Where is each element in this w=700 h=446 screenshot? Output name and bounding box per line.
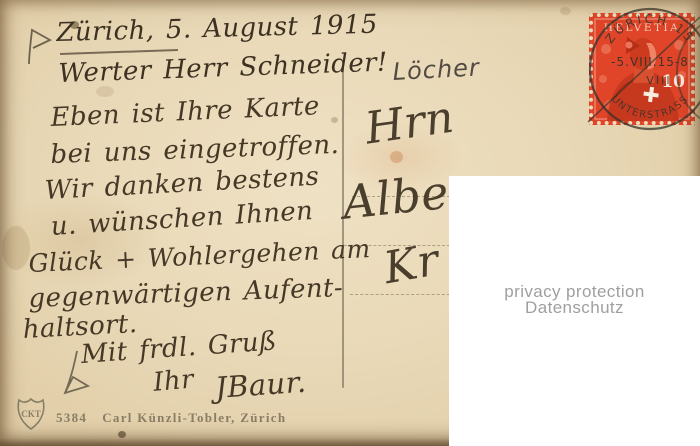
pencil-r-mark-top-icon xyxy=(24,27,54,65)
postcard-divider-line xyxy=(342,66,344,388)
dateline-underline xyxy=(60,49,178,55)
foxing-spot xyxy=(560,7,571,15)
signature-prefix: Ihr xyxy=(152,364,195,397)
foxing-spot xyxy=(118,431,126,438)
privacy-overlay-text-de: Datenschutz xyxy=(449,300,700,315)
publisher-monogram: CKT xyxy=(21,409,41,419)
salutation: Werter Herr Schneider! xyxy=(58,48,388,89)
address-guide-line xyxy=(350,294,450,295)
foxing-spot xyxy=(2,226,30,270)
privacy-overlay-text-en: privacy protection xyxy=(449,284,700,299)
address-fragment: Kr xyxy=(380,234,443,294)
dateline: Zürich, 5. August 1915 xyxy=(56,10,378,48)
publisher-number: 5384 xyxy=(56,410,87,426)
address-fragment: Hrn xyxy=(362,92,457,155)
foxing-spot xyxy=(390,151,403,163)
address-fragment: Albe xyxy=(340,165,451,230)
publisher-imprint: 5384 Carl Künzli-Tobler, Zürich xyxy=(56,410,286,426)
message-line: gegenwärtigen Aufent- xyxy=(28,273,344,314)
postmark-city: ZÜRICH 15 xyxy=(602,12,697,46)
pencil-r-mark-bottom-icon xyxy=(60,348,92,396)
collector-annotation: Löcher xyxy=(392,53,480,86)
postmark-hour: VIII xyxy=(646,74,671,87)
publisher-name: Carl Künzli-Tobler, Zürich xyxy=(102,410,286,426)
svg-text:ZÜRICH 15: ZÜRICH 15 xyxy=(602,12,697,46)
svg-text:UNTERSTRASS: UNTERSTRASS xyxy=(609,94,691,121)
foxing-spot xyxy=(331,117,338,123)
message-line: Glück + Wohlergehen am xyxy=(28,234,371,278)
postmark-cancel: ZÜRICH 15 -5.VIII.15-8 VIII UNTERSTRASS xyxy=(585,4,700,134)
postcard-scan: Zürich, 5. August 1915 Werter Herr Schne… xyxy=(0,0,700,446)
postmark-date: -5.VIII.15-8 xyxy=(611,55,689,69)
postmark-district: UNTERSTRASS xyxy=(609,94,691,121)
signature: JBaur. xyxy=(214,365,307,405)
privacy-overlay: privacy protection Datenschutz xyxy=(449,176,700,446)
message-line: Eben ist Ihre Karte xyxy=(50,91,320,133)
foxing-spot xyxy=(96,86,114,97)
publisher-shield-logo-icon: CKT xyxy=(15,396,47,432)
